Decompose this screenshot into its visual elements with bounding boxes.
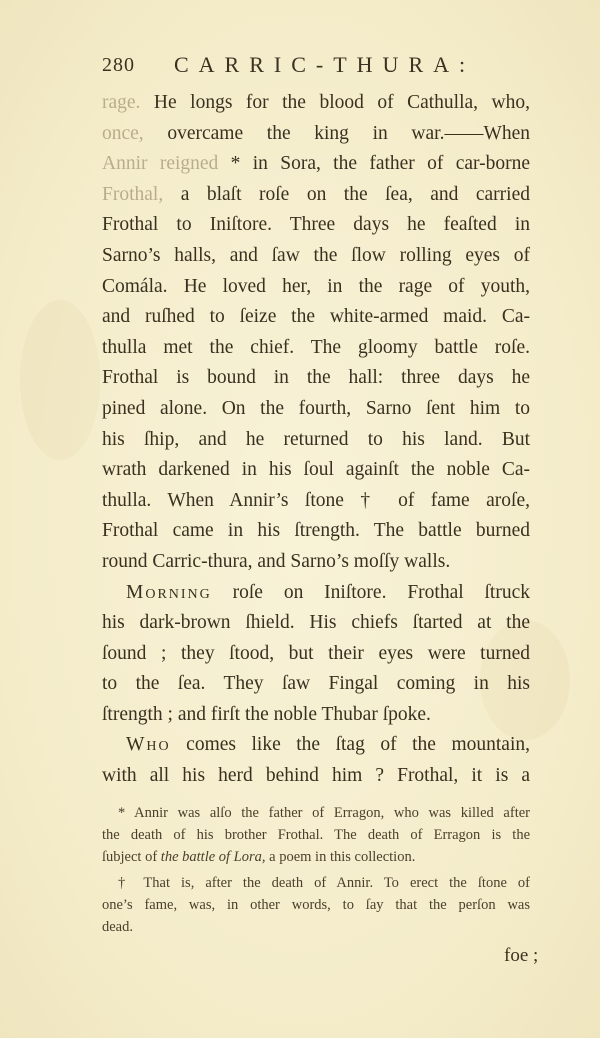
text-line: Frothal came in his ſtrength. The battle… — [102, 516, 530, 547]
paper-stain — [20, 300, 100, 460]
text-line: thulla. When Annir’s ſtone † of fame aro… — [102, 486, 530, 517]
text-line: wrath darkened in his ſoul againſt the n… — [102, 455, 530, 486]
running-head: 280 CARRIC-THURA: — [102, 52, 522, 80]
footnote-line: dead. — [102, 916, 530, 938]
line-text: overcame the king in war.——When — [144, 123, 530, 144]
text-line: round Carric-thura, and Sarno’s moſſy wa… — [102, 547, 530, 578]
faded-text: once, — [102, 123, 144, 144]
text-line: his dark-brown ſhield. His chiefs ſtarte… — [102, 608, 530, 639]
footnote-text: a poem in this collection. — [266, 849, 416, 865]
footnote-line: the death of his brother Frothal. The de… — [102, 824, 530, 846]
line-text: a blaſt roſe on the ſea, and carried — [163, 184, 530, 205]
page-number: 280 — [102, 54, 135, 77]
catchword: foe ; — [504, 945, 538, 967]
text-line: pined alone. On the fourth, Sarno ſent h… — [102, 394, 530, 425]
text-line: once, overcame the king in war.——When — [102, 119, 530, 150]
body-text: rage. He longs for the blood of Cathulla… — [102, 88, 530, 792]
text-line: Frothal is bound in the hall: three days… — [102, 363, 530, 394]
line-text: comes like the ſtag of the mountain, — [171, 734, 530, 755]
text-line: Sarno’s halls, and ſaw the ſlow rolling … — [102, 241, 530, 272]
footnotes: * Annir was alſo the father of Erragon, … — [102, 802, 530, 942]
smallcaps-lead: Who — [126, 734, 171, 755]
line-text: He longs for the blood of Cathulla, who, — [140, 92, 530, 113]
footnote-text: ſubject of — [102, 849, 161, 865]
faded-text: rage. — [102, 92, 140, 113]
text-line: ſtrength ; and firſt the noble Thubar ſp… — [102, 700, 530, 731]
text-line: his ſhip, and he returned to his land. B… — [102, 425, 530, 456]
line-text: * in Sora, the father of car-borne — [218, 153, 530, 174]
footnote-line: * Annir was alſo the father of Erragon, … — [102, 802, 530, 824]
paragraph-start: Morning roſe on Iniſtore. Frothal ſtruck — [102, 578, 530, 609]
footnote-line: † That is, after the death of Annir. To … — [102, 872, 530, 894]
footnote-line: ſubject of the battle of Lora, a poem in… — [102, 846, 530, 868]
text-line: rage. He longs for the blood of Cathulla… — [102, 88, 530, 119]
text-line: to the ſea. They ſaw Fingal coming in hi… — [102, 669, 530, 700]
running-title: CARRIC-THURA: — [174, 52, 475, 78]
paragraph-start: Who comes like the ſtag of the mountain, — [102, 730, 530, 761]
text-line: Annir reigned * in Sora, the father of c… — [102, 149, 530, 180]
text-line: ſound ; they ſtood, but their eyes were … — [102, 639, 530, 670]
footnote-line: one’s fame, was, in other words, to ſay … — [102, 894, 530, 916]
smallcaps-lead: Morning — [126, 582, 212, 603]
line-text: roſe on Iniſtore. Frothal ſtruck — [212, 582, 530, 603]
text-line: Frothal to Iniſtore. Three days he feaſt… — [102, 210, 530, 241]
text-line: and ruſhed to ſeize the white-armed maid… — [102, 302, 530, 333]
text-line: thulla met the chief. The gloomy battle … — [102, 333, 530, 364]
footnote-asterisk: * Annir was alſo the father of Erragon, … — [102, 802, 530, 868]
text-line: Frothal, a blaſt roſe on the ſea, and ca… — [102, 180, 530, 211]
text-line: Comála. He loved her, in the rage of you… — [102, 272, 530, 303]
faded-text: Frothal, — [102, 184, 163, 205]
footnote-dagger: † That is, after the death of Annir. To … — [102, 872, 530, 938]
faded-text: Annir reigned — [102, 153, 218, 174]
book-page: 280 CARRIC-THURA: rage. He longs for the… — [0, 0, 600, 1038]
text-line: with all his herd behind him ? Frothal, … — [102, 761, 530, 792]
footnote-italic-title: the battle of Lora, — [161, 849, 266, 865]
